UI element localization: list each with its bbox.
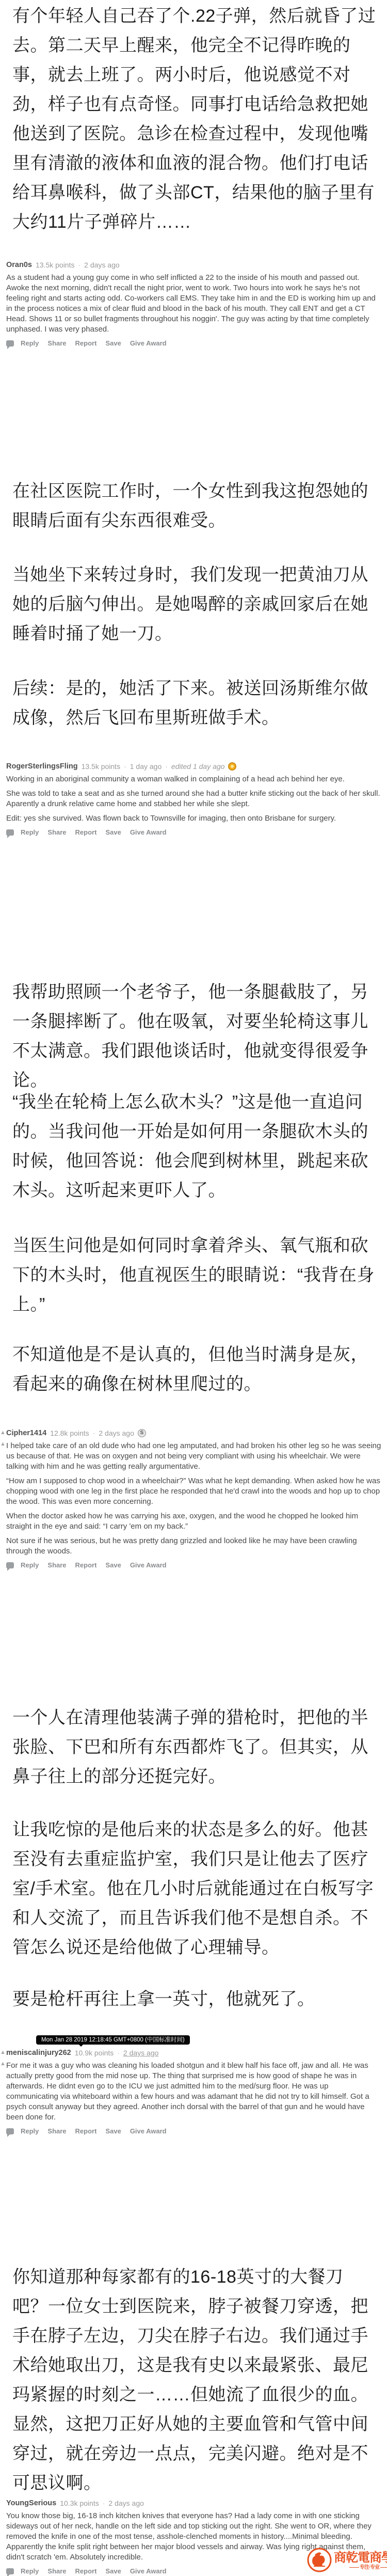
watermark-title: 商乾電商學院 xyxy=(334,2551,387,2565)
cn-translation-2c: 后续：是的，她活了下来。被送回汤斯维尔做成像，然后飞回布里斯班做手术。 xyxy=(12,674,377,733)
save-button[interactable]: Save xyxy=(105,2567,121,2575)
collapse-arrow-icon[interactable]: ▲▼ xyxy=(0,1430,5,1437)
meta-separator: · xyxy=(93,1428,95,1438)
comment-paragraph: “How am I supposed to chop wood in a whe… xyxy=(6,1476,382,1507)
comment-paragraph: She was told to take a seat and as she t… xyxy=(6,789,382,809)
comment-header: YoungSerious 10.3k points · 2 days ago xyxy=(6,2498,382,2508)
gold-award-icon[interactable] xyxy=(228,762,236,771)
comment-points: 13.5k points xyxy=(82,761,121,772)
comment-bubble-icon xyxy=(6,829,14,836)
share-button[interactable]: Share xyxy=(47,339,66,347)
cn-translation-2a: 在社区医院工作时，一个女性到我这抱怨她的眼睛后面有尖东西很难受。 xyxy=(12,477,377,536)
cn-translation-3b: “我坐在轮椅上怎么砍木头？”这是他一直追问的。当我问他一开始是如何用一条腿砍木头… xyxy=(12,1088,377,1205)
comment-author[interactable]: Oran0s xyxy=(6,260,32,270)
watermark-subtitle: —— 专注·专业 —— xyxy=(349,2565,387,2571)
comment-paragraph: As a student had a young guy come in who… xyxy=(6,273,382,335)
comment-action-bar: Reply Share Report Save Give Award xyxy=(6,339,382,347)
save-button[interactable]: Save xyxy=(105,339,121,347)
save-button[interactable]: Save xyxy=(105,828,121,836)
share-button[interactable]: Share xyxy=(47,1561,66,1569)
report-button[interactable]: Report xyxy=(75,1561,97,1569)
report-button[interactable]: Report xyxy=(75,2127,97,2135)
report-button[interactable]: Report xyxy=(75,828,97,836)
meta-separator: · xyxy=(165,761,168,772)
cn-translation-4a: 一个人在清理他装满子弹的猎枪时，把他的半张脸、下巴和所有东西都炸飞了。但其实，从… xyxy=(12,1703,377,1792)
reply-button[interactable]: Reply xyxy=(21,2567,39,2575)
comment-timestamp[interactable]: 2 days ago xyxy=(108,2498,144,2508)
meta-separator: · xyxy=(78,260,80,270)
cn-translation-5: 你知道那种每家都有的16-18英寸的大餐刀吧？一位女士到医院来，脖子被餐刀穿透，… xyxy=(12,2263,377,2498)
reddit-comment-1: Oran0s 13.5k points · 2 days ago As a st… xyxy=(6,260,382,347)
comment-bubble-icon xyxy=(6,2128,14,2134)
reddit-comment-3: ▲▼ ▲▼ Cipher1414 12.8k points · 2 days a… xyxy=(6,1428,382,1569)
collapse-arrow-icon[interactable]: ▲▼ xyxy=(0,2061,5,2068)
give-award-button[interactable]: Give Award xyxy=(130,2127,167,2135)
comment-paragraph: Working in an aboriginal community a wom… xyxy=(6,774,382,784)
comment-author[interactable]: meniscalinjury262 xyxy=(6,2048,71,2058)
silver-award-icon[interactable]: S xyxy=(138,1429,146,1437)
comment-author[interactable]: RogerSterlingsFling xyxy=(6,761,78,772)
reply-button[interactable]: Reply xyxy=(21,2127,39,2135)
comment-action-bar: Reply Share Report Save Give Award xyxy=(6,1561,382,1569)
reply-button[interactable]: Reply xyxy=(21,339,39,347)
comment-points: 13.5k points xyxy=(36,260,75,270)
meta-separator: · xyxy=(124,761,126,772)
meta-separator: · xyxy=(103,2498,105,2508)
comment-paragraph: Edit: yes she survived. Was flown back t… xyxy=(6,813,382,824)
comment-edited-label: edited 1 day ago xyxy=(171,761,225,772)
report-button[interactable]: Report xyxy=(75,339,97,347)
share-button[interactable]: Share xyxy=(47,828,66,836)
watermark-rooster-logo-icon xyxy=(307,2547,332,2575)
cn-translation-2b: 当她坐下来转过身时，我们发现一把黄油刀从她的后脑勺伸出。是她喝醉的亲戚回家后在她… xyxy=(12,560,377,649)
comment-author[interactable]: Cipher1414 xyxy=(6,1428,46,1438)
comment-timestamp[interactable]: 2 days ago xyxy=(99,1428,134,1438)
save-button[interactable]: Save xyxy=(105,2127,121,2135)
comment-header: RogerSterlingsFling 13.5k points · 1 day… xyxy=(6,761,382,772)
comment-paragraph: For me it was a guy who was cleaning his… xyxy=(6,2061,382,2123)
give-award-button[interactable]: Give Award xyxy=(130,339,167,347)
comment-body: For me it was a guy who was cleaning his… xyxy=(6,2061,382,2123)
comment-points: 10.9k points xyxy=(75,2048,114,2058)
reddit-comment-4: ▲▼ ▲▼ Mon Jan 28 2019 12:18:45 GMT+0800 … xyxy=(6,2048,382,2135)
cn-translation-3d: 不知道他是不是认真的，但他当时满身是灰，看起来的确像在树林里爬过的。 xyxy=(12,1340,377,1399)
meta-separator: · xyxy=(117,2048,120,2058)
timestamp-tooltip: Mon Jan 28 2019 12:18:45 GMT+0800 (中国标准时… xyxy=(36,2035,190,2045)
reply-button[interactable]: Reply xyxy=(21,828,39,836)
comment-bubble-icon xyxy=(6,2568,14,2574)
comment-body: Working in an aboriginal community a wom… xyxy=(6,774,382,824)
cn-translation-3c: 当医生问他是如何同时拿着斧头、氧气瓶和砍下的木头时，他直视医生的眼睛说：“我背在… xyxy=(12,1231,377,1320)
comment-paragraph: Not sure if he was serious, but he was p… xyxy=(6,1536,382,1557)
comment-paragraph: When the doctor asked how he was carryin… xyxy=(6,1511,382,1532)
comment-timestamp[interactable]: 1 day ago xyxy=(130,761,162,772)
share-button[interactable]: Share xyxy=(47,2127,66,2135)
share-button[interactable]: Share xyxy=(47,2567,66,2575)
comment-points: 10.3k points xyxy=(60,2498,99,2508)
cn-translation-4c: 要是枪杆再往上拿一英寸，他就死了。 xyxy=(12,1985,377,2014)
comment-header: meniscalinjury262 10.9k points · 2 days … xyxy=(6,2048,382,2058)
give-award-button[interactable]: Give Award xyxy=(130,1561,167,1569)
comment-bubble-icon xyxy=(6,1562,14,1568)
cn-translation-4b: 让我吃惊的是他后来的状态是多么的好。他甚至没有去重症监护室，我们只是让他去了医疗… xyxy=(12,1815,377,1962)
report-button[interactable]: Report xyxy=(75,2567,97,2575)
tooltip-pointer xyxy=(78,2044,84,2049)
comment-action-bar: Reply Share Report Save Give Award xyxy=(6,828,382,836)
comment-timestamp-link[interactable]: 2 days ago xyxy=(123,2048,159,2058)
reddit-comment-2: RogerSterlingsFling 13.5k points · 1 day… xyxy=(6,761,382,836)
reply-button[interactable]: Reply xyxy=(21,1561,39,1569)
comment-paragraph: I helped take care of an old dude who ha… xyxy=(6,1441,382,1472)
comment-author[interactable]: YoungSerious xyxy=(6,2498,56,2508)
comment-action-bar: Reply Share Report Save Give Award xyxy=(6,2127,382,2135)
cn-translation-1: 有个年轻人自己吞了个.22子弹，然后就昏了过去。第二天早上醒来，他完全不记得昨晚… xyxy=(12,2,377,237)
collapse-arrow-icon[interactable]: ▲▼ xyxy=(0,1441,5,1448)
comment-header: Cipher1414 12.8k points · 2 days ago S xyxy=(6,1428,382,1438)
watermark: 商乾電商學院 —— 专注·专业 —— xyxy=(307,2546,387,2576)
save-button[interactable]: Save xyxy=(105,1561,121,1569)
comment-timestamp[interactable]: 2 days ago xyxy=(84,260,120,270)
comment-bubble-icon xyxy=(6,340,14,347)
comment-header: Oran0s 13.5k points · 2 days ago xyxy=(6,260,382,270)
give-award-button[interactable]: Give Award xyxy=(130,2567,167,2575)
comment-points: 12.8k points xyxy=(50,1428,89,1438)
comment-body: I helped take care of an old dude who ha… xyxy=(6,1441,382,1557)
give-award-button[interactable]: Give Award xyxy=(130,828,167,836)
cn-translation-3a: 我帮助照顾一个老爷子，他一条腿截肢了，另一条腿摔断了。他在吸氧，对要坐轮椅这事儿… xyxy=(12,978,377,1095)
collapse-arrow-icon[interactable]: ▲▼ xyxy=(0,2049,5,2056)
comment-body: As a student had a young guy come in who… xyxy=(6,273,382,335)
